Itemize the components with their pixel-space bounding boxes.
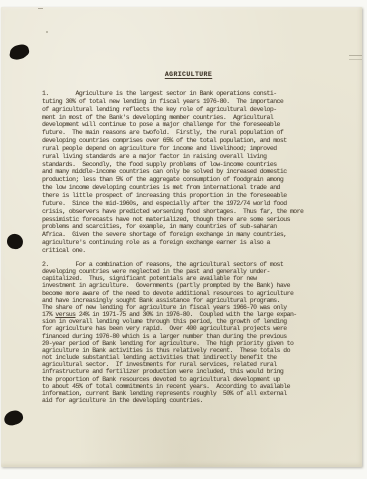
document-text-line: tuting 30% of total new lending in fisca… — [42, 98, 352, 106]
document-text-line: information, current Bank lending repres… — [42, 390, 352, 397]
document-text-line: problems and scarcities, for example, in… — [42, 223, 352, 231]
document-text-line: and have increasingly sought Bank assist… — [42, 297, 352, 304]
ink-blob-mark-top — [9, 43, 31, 60]
ink-blob-mark-middle — [6, 233, 24, 250]
document-text-line: developing countries comprises over 65% … — [42, 137, 352, 145]
paragraph-1: 1. Agriculture is the largest sector in … — [42, 90, 352, 255]
scan-speck-mark — [38, 8, 43, 9]
document-text-line: critical one. — [42, 247, 352, 255]
document-text-line: of agricultural lending reflects the key… — [42, 106, 352, 114]
document-page: AGRICULTURE 1. Agriculture is the larges… — [1, 7, 362, 467]
document-text-line: crisis, observers have predicted worseni… — [42, 208, 352, 216]
document-text-line: future. Since the mid-1960s, and especia… — [42, 200, 352, 208]
document-text-line: the proportion of Bank resources devoted… — [42, 376, 352, 383]
document-text-line: aid for agriculture in the developing co… — [42, 397, 352, 404]
document-text-line: 1. Agriculture is the largest sector in … — [42, 90, 352, 98]
scan-speck-mark — [46, 31, 48, 33]
document-text-line: Africa. Given the severe shortage of for… — [42, 231, 352, 239]
document-text-line: to about 45% of total commitments in rec… — [42, 383, 352, 390]
document-text-line: infrastructure and fertilizer production… — [42, 368, 352, 375]
document-text-line: future. The main reasons are twofold. Fi… — [42, 129, 352, 137]
document-text-line: for agriculture has been very rapid. Ove… — [42, 325, 352, 332]
document-text-line: agriculture in Bank activities is thus r… — [42, 347, 352, 354]
document-text-line: financed during 1976-80 which is a large… — [42, 333, 352, 340]
scanned-page-background: AGRICULTURE 1. Agriculture is the larges… — [0, 0, 367, 479]
document-text-line: investment in agriculture. Governments (… — [42, 282, 352, 289]
document-text-line: become more aware of the need to devote … — [42, 290, 352, 297]
document-text-line: agriculture's continuing role as a forei… — [42, 239, 352, 247]
document-text-line: there is little prospect of increasing t… — [42, 192, 352, 200]
document-text-line: rural living standards are a major facto… — [42, 153, 352, 161]
document-text-line: 20-year period of Bank lending for agric… — [42, 340, 352, 347]
right-edge-smudge-mark — [349, 55, 362, 60]
document-text-line: rural people depend on agriculture for i… — [42, 145, 352, 153]
paragraph-2: 2. For a combination of reasons, the agr… — [42, 261, 352, 404]
document-text-line: the low income developing countries is m… — [42, 184, 352, 192]
ink-blob-mark-bottom — [2, 409, 23, 427]
document-title: AGRICULTURE — [1, 71, 362, 78]
document-text-line: production; less than 5% of the aggregat… — [42, 176, 352, 184]
